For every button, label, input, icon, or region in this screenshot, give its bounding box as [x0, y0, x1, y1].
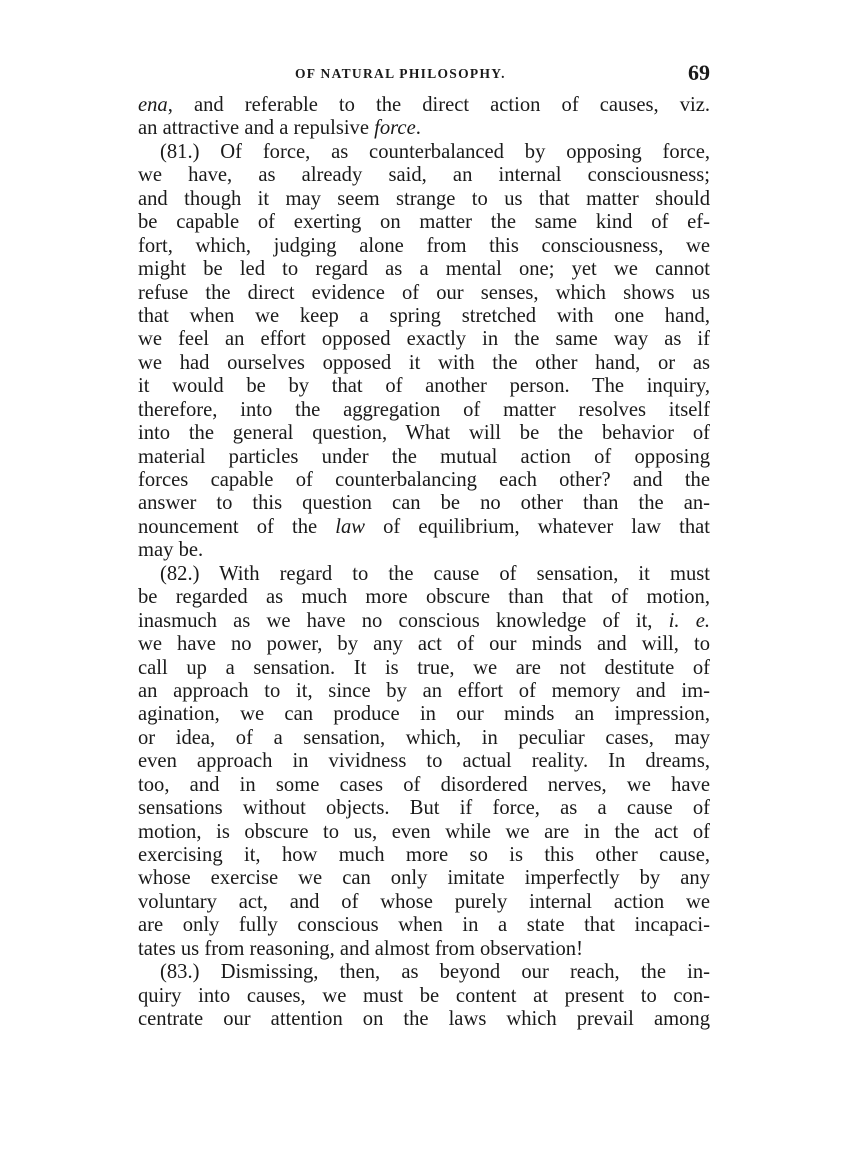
text-line: too, and in some cases of disordered ner…: [138, 774, 710, 797]
text-line: refuse the direct evidence of our senses…: [138, 282, 710, 305]
text-line: exercising it, how much more so is this …: [138, 844, 710, 867]
text-line: answer to this question can be no other …: [138, 492, 710, 515]
text-line: an attractive and a repulsive force.: [138, 117, 710, 140]
book-page: OF NATURAL PHILOSOPHY. 69 ena, and refer…: [138, 60, 710, 1032]
text-line: fort, which, judging alone from this con…: [138, 235, 710, 258]
text-line: into the general question, What will be …: [138, 422, 710, 445]
text-line: centrate our attention on the laws which…: [138, 1008, 710, 1031]
text-line: we have no power, by any act of our mind…: [138, 633, 710, 656]
paragraph-82-start: (82.) With regard to the cause of sensat…: [138, 563, 710, 586]
italic-fragment: ena: [138, 94, 168, 116]
text-line: therefore, into the aggregation of matte…: [138, 399, 710, 422]
text-line: be capable of exerting on matter the sam…: [138, 211, 710, 234]
text-line: even approach in vividness to actual rea…: [138, 750, 710, 773]
text-line: are only fully conscious when in a state…: [138, 914, 710, 937]
text-line: be regarded as much more obscure than th…: [138, 586, 710, 609]
italic-fragment: force: [374, 117, 416, 139]
text-line: motion, is obscure to us, even while we …: [138, 821, 710, 844]
text-line: we had ourselves opposed it with the oth…: [138, 352, 710, 375]
text-line: we have, as already said, an internal co…: [138, 164, 710, 187]
text-line: whose exercise we can only imitate imper…: [138, 867, 710, 890]
text-line: that when we keep a spring stretched wit…: [138, 305, 710, 328]
running-title: OF NATURAL PHILOSOPHY.: [295, 66, 506, 82]
body-text: ena, and referable to the direct action …: [138, 94, 710, 1032]
text-line: ena, and referable to the direct action …: [138, 94, 710, 117]
text-line: we feel an effort opposed exactly in the…: [138, 328, 710, 351]
text-line: or idea, of a sensation, which, in pecul…: [138, 727, 710, 750]
text-line: sensations without objects. But if force…: [138, 797, 710, 820]
text-line: and though it may seem strange to us tha…: [138, 188, 710, 211]
text-line: may be.: [138, 539, 710, 562]
text-line: tates us from reasoning, and almost from…: [138, 938, 710, 961]
text-line: an approach to it, since by an effort of…: [138, 680, 710, 703]
text-line: nouncement of the law of equilibrium, wh…: [138, 516, 710, 539]
text-line: material particles under the mutual acti…: [138, 446, 710, 469]
page-number: 69: [688, 60, 710, 86]
paragraph-83-start: (83.) Dismissing, then, as beyond our re…: [138, 961, 710, 984]
text-line: inasmuch as we have no conscious knowled…: [138, 610, 710, 633]
italic-fragment: i. e.: [669, 610, 710, 632]
text-line: forces capable of counterbalancing each …: [138, 469, 710, 492]
text-line: voluntary act, and of whose purely inter…: [138, 891, 710, 914]
text-line: agination, we can produce in our minds a…: [138, 703, 710, 726]
italic-fragment: law: [335, 516, 365, 538]
text-line: might be led to regard as a mental one; …: [138, 258, 710, 281]
text-line: it would be by that of another person. T…: [138, 375, 710, 398]
text-line: call up a sensation. It is true, we are …: [138, 657, 710, 680]
paragraph-81-start: (81.) Of force, as counterbalanced by op…: [138, 141, 710, 164]
text-line: quiry into causes, we must be content at…: [138, 985, 710, 1008]
running-head: OF NATURAL PHILOSOPHY. 69: [138, 60, 710, 94]
